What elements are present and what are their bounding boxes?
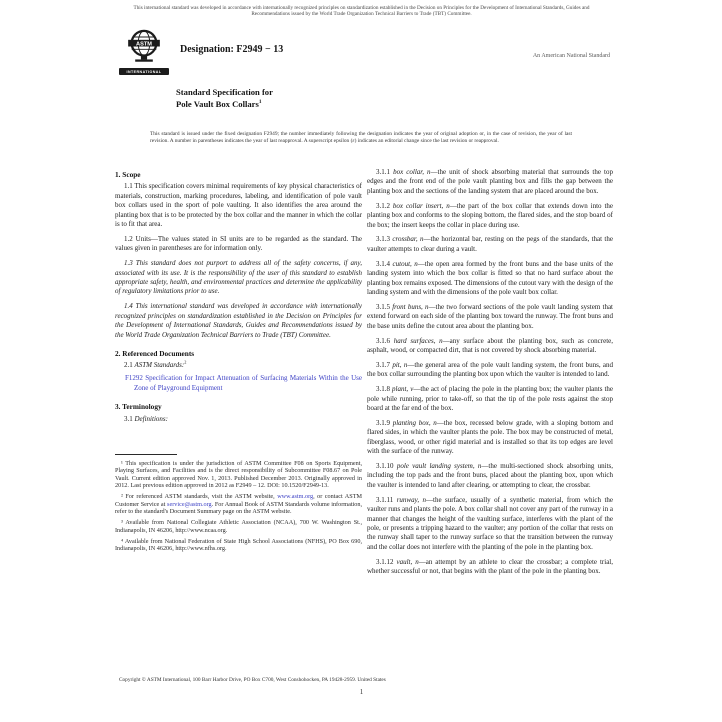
definitions-number: 3.1 bbox=[124, 415, 133, 423]
page-number: 1 bbox=[115, 688, 608, 696]
designation-code: F2949 − 13 bbox=[236, 44, 283, 55]
footnote-1: ¹ This specification is under the jurisd… bbox=[115, 460, 362, 490]
left-column: 1. Scope 1.1 This specification covers m… bbox=[115, 168, 362, 556]
title-line-2-text: Pole Vault Box Collars bbox=[176, 99, 259, 109]
astm-website-link[interactable]: www.astm.org bbox=[277, 493, 313, 500]
definition-3-1-7: 3.1.7 pit, n—the general area of the pol… bbox=[367, 361, 613, 380]
definition-3-1-1: 3.1.1 box collar, n—the unit of shock ab… bbox=[367, 168, 613, 196]
section-2-heading: 2. Referenced Documents bbox=[115, 349, 362, 358]
terminology-definitions-intro: 3.1 Definitions: bbox=[115, 415, 362, 424]
title-line-1: Standard Specification for bbox=[176, 87, 273, 99]
astm-standards-footnote-marker: 2 bbox=[184, 360, 186, 365]
definition-3-1-3: 3.1.3 crossbar, n—the horizontal bar, re… bbox=[367, 235, 613, 254]
astm-standards-label: ASTM Standards: bbox=[135, 361, 185, 369]
document-title: Standard Specification for Pole Vault Bo… bbox=[176, 87, 273, 110]
scope-paragraph-1-3: 1.3 This standard does not purport to ad… bbox=[115, 259, 362, 297]
definition-3-1-8: 3.1.8 plant, v—the act of placing the po… bbox=[367, 385, 613, 413]
definition-3-1-9: 3.1.9 planting box, n—the box, recessed … bbox=[367, 419, 613, 457]
footnote-2-text: ² For referenced ASTM standards, visit t… bbox=[121, 493, 277, 500]
definition-3-1-6: 3.1.6 hard surfaces, n—any surface about… bbox=[367, 337, 613, 356]
astm-logo: ASTM INTERNATIONAL bbox=[119, 29, 169, 75]
section-1-heading: 1. Scope bbox=[115, 170, 362, 179]
referenced-documents-number: 2.1 bbox=[124, 361, 133, 369]
footnote-4: ⁴ Available from National Federation of … bbox=[115, 538, 362, 553]
section-3-heading: 3. Terminology bbox=[115, 402, 362, 411]
definitions-label: Definitions: bbox=[135, 415, 168, 423]
designation-label: Designation: bbox=[180, 44, 234, 55]
definition-3-1-2: 3.1.2 box collar insert, n—the part of t… bbox=[367, 202, 613, 230]
definition-3-1-4: 3.1.4 cutout, n—the open area formed by … bbox=[367, 260, 613, 298]
definition-3-1-10: 3.1.10 pole vault landing system, n—the … bbox=[367, 462, 613, 490]
american-national-standard-note: An American National Standard bbox=[468, 53, 610, 59]
wto-disclaimer: This international standard was develope… bbox=[115, 5, 608, 18]
standard-preamble: This standard is issued under the fixed … bbox=[150, 131, 572, 145]
scope-paragraph-1-4: 1.4 This international standard was deve… bbox=[115, 302, 362, 340]
definition-3-1-5: 3.1.5 front buns, n—the two forward sect… bbox=[367, 303, 613, 331]
astm-service-email-link[interactable]: service@astm.org bbox=[167, 501, 212, 508]
designation: Designation: F2949 − 13 bbox=[180, 44, 283, 55]
referenced-standard-link[interactable]: F1292 Specification for Impact Attenuati… bbox=[125, 374, 362, 391]
astm-globe-icon: ASTM bbox=[122, 29, 166, 67]
definition-3-1-11: 3.1.11 runway, n—the surface, usually of… bbox=[367, 496, 613, 552]
scope-paragraph-1-1: 1.1 This specification covers minimal re… bbox=[115, 182, 362, 229]
right-column: 3.1.1 box collar, n—the unit of shock ab… bbox=[367, 168, 613, 582]
copyright-line: Copyright © ASTM International, 100 Barr… bbox=[119, 677, 386, 683]
title-footnote-marker: 1 bbox=[259, 99, 262, 105]
astm-logo-wordmark: ASTM bbox=[136, 41, 152, 47]
scope-paragraph-1-2: 1.2 Units—The values stated in SI units … bbox=[115, 235, 362, 254]
footnote-2: ² For referenced ASTM standards, visit t… bbox=[115, 493, 362, 516]
astm-logo-international-bar: INTERNATIONAL bbox=[119, 68, 169, 75]
referenced-standard-item: F1292 Specification for Impact Attenuati… bbox=[115, 374, 362, 393]
document-page: This international standard was develope… bbox=[0, 0, 722, 722]
footnote-divider bbox=[115, 454, 177, 455]
title-line-2: Pole Vault Box Collars1 bbox=[176, 99, 273, 111]
footnote-3: ³ Available from National Collegiate Ath… bbox=[115, 519, 362, 534]
definition-3-1-12: 3.1.12 vault, n—an attempt by an athlete… bbox=[367, 558, 613, 577]
referenced-documents-intro: 2.1 ASTM Standards:2 bbox=[115, 361, 362, 370]
footnotes-block: ¹ This specification is under the jurisd… bbox=[115, 460, 362, 553]
